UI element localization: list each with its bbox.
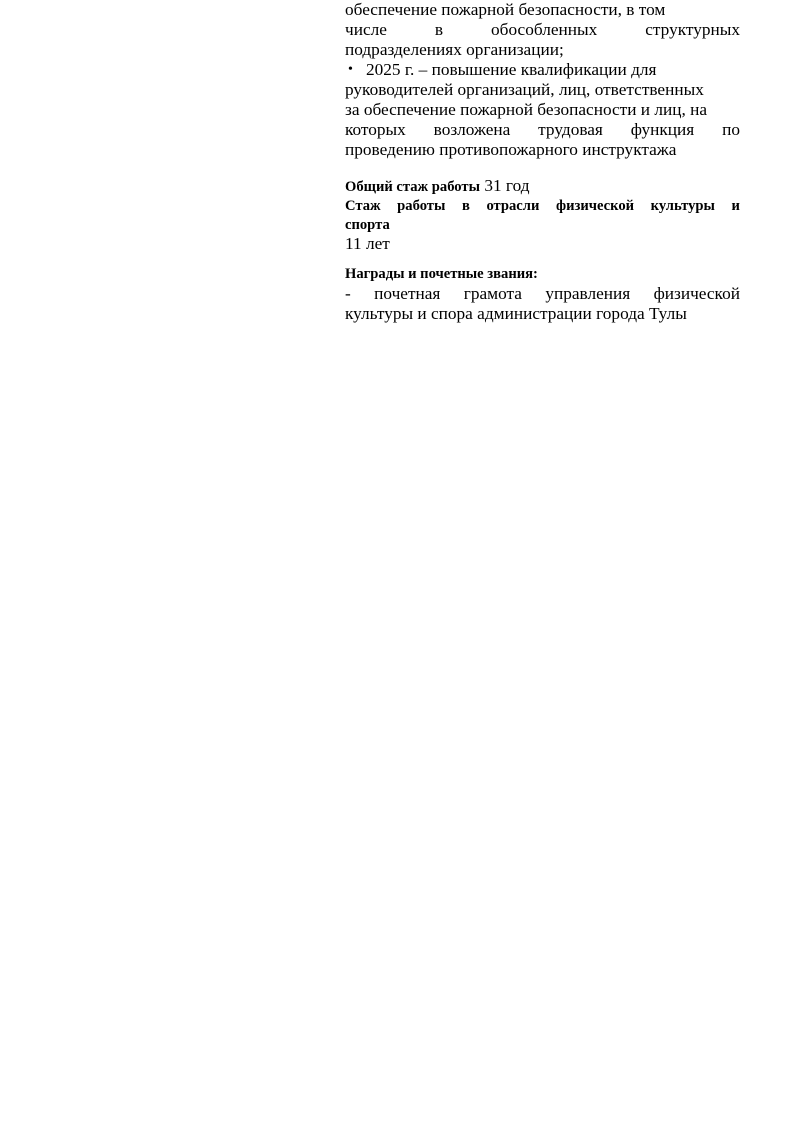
document-column: обеспечение пожарной безопасности, в том…: [345, 0, 740, 324]
word: физической: [654, 284, 740, 304]
word: по: [722, 120, 740, 140]
word: в: [435, 20, 443, 40]
word: грамота: [464, 284, 522, 304]
industry-experience-value: 11 лет: [345, 234, 740, 254]
word: числе: [345, 20, 387, 40]
word: и: [732, 197, 740, 216]
word: функция: [631, 120, 695, 140]
word: возложена: [434, 120, 511, 140]
awards-section: Награды и почетные звания: - почетная гр…: [345, 265, 740, 324]
word: Стаж: [345, 197, 381, 216]
word: в: [462, 197, 470, 216]
text-line: обеспечение пожарной безопасности, в том: [345, 0, 740, 20]
word: которых: [345, 120, 406, 140]
word: обособленных: [491, 20, 597, 40]
text-line: руководителей организаций, лиц, ответств…: [345, 80, 740, 100]
word: -: [345, 284, 351, 304]
bullet-first-line: • 2025 г. – повышение квалификации для: [345, 60, 740, 80]
word: работы: [397, 197, 445, 216]
award-line: - почетная грамота управления физической: [345, 284, 740, 304]
text-line: проведению противопожарного инструктажа: [345, 140, 740, 160]
word: культуры: [651, 197, 715, 216]
spacer: [345, 254, 740, 265]
word: управления: [545, 284, 630, 304]
text-line: за обеспечение пожарной безопасности и л…: [345, 100, 740, 120]
experience-section: Общий стаж работы 31 год Стаж работы в о…: [345, 176, 740, 254]
industry-experience-label-line: Стаж работы в отрасли физической культур…: [345, 197, 740, 216]
spacer: [345, 160, 740, 176]
word: трудовая: [538, 120, 603, 140]
award-line: культуры и спора администрации города Ту…: [345, 304, 740, 324]
bullet-list-item: • 2025 г. – повышение квалификации для р…: [345, 60, 740, 160]
word: физической: [556, 197, 634, 216]
text-line-justified: числе в обособленных структурных: [345, 20, 740, 40]
total-experience-label: Общий стаж работы: [345, 179, 480, 195]
text-line: 2025 г. – повышение квалификации для: [366, 60, 656, 79]
continuation-paragraph: обеспечение пожарной безопасности, в том…: [345, 0, 740, 60]
bullet-icon: •: [348, 60, 353, 80]
word: структурных: [645, 20, 740, 40]
word: отрасли: [486, 197, 539, 216]
text-line-justified: которых возложена трудовая функция по: [345, 120, 740, 140]
word: почетная: [374, 284, 440, 304]
awards-heading: Награды и почетные звания:: [345, 265, 740, 284]
total-experience-row: Общий стаж работы 31 год: [345, 176, 740, 197]
text-line: подразделениях организации;: [345, 40, 740, 60]
industry-experience-label-line: спорта: [345, 216, 740, 234]
total-experience-value: 31 год: [484, 176, 529, 195]
